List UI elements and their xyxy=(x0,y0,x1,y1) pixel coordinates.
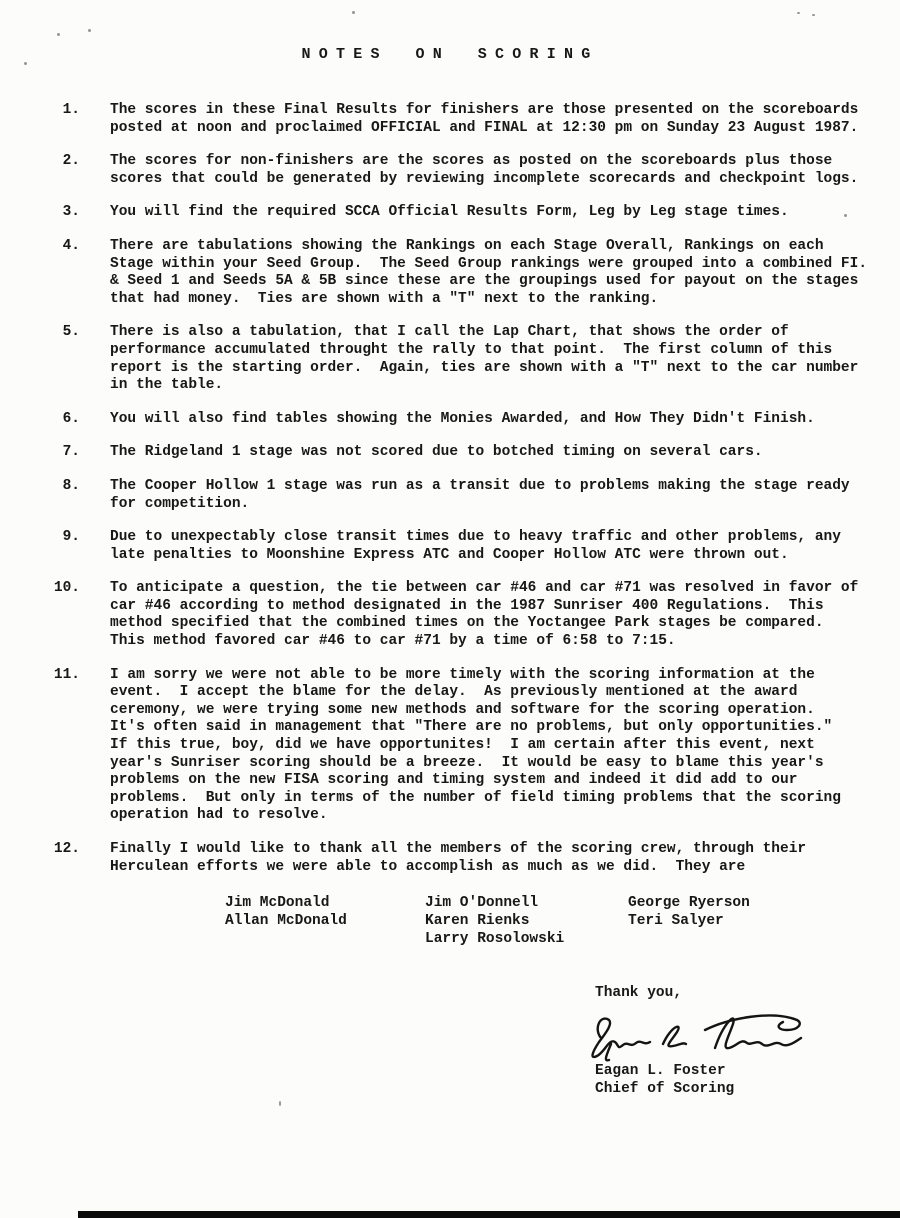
note-item-12: 12. Finally I would like to thank all th… xyxy=(0,841,900,876)
note-number: 6. xyxy=(0,411,80,429)
note-text: There are tabulations showing the Rankin… xyxy=(110,238,867,308)
scan-speck xyxy=(88,29,91,32)
scoring-crew-names: Jim McDonald Allan McDonald Jim O'Donnel… xyxy=(0,894,900,958)
note-number: 8. xyxy=(0,478,80,513)
note-number: 7. xyxy=(0,444,80,462)
crew-name: Allan McDonald xyxy=(225,912,347,930)
note-text: Due to unexpectably close transit times … xyxy=(110,529,841,564)
note-number: 3. xyxy=(0,204,80,222)
note-number: 5. xyxy=(0,324,80,394)
crew-name: Teri Salyer xyxy=(628,912,750,930)
document-title: NOTES ON SCORING xyxy=(0,0,900,63)
note-number: 11. xyxy=(0,667,80,825)
note-item-10: 10. To anticipate a question, the tie be… xyxy=(0,580,900,650)
note-number: 10. xyxy=(0,580,80,650)
document-page: NOTES ON SCORING 1. The scores in these … xyxy=(0,0,900,1218)
crew-column-3: George Ryerson Teri Salyer xyxy=(628,894,750,930)
note-number: 4. xyxy=(0,238,80,308)
scan-speck xyxy=(279,1101,281,1106)
scan-speck xyxy=(24,62,27,65)
scan-speck xyxy=(844,214,847,217)
handwritten-signature-icon xyxy=(587,1004,817,1062)
scan-edge-bar xyxy=(78,1211,900,1218)
note-text: I am sorry we were not able to be more t… xyxy=(110,667,841,825)
note-item-6: 6. You will also find tables showing the… xyxy=(0,411,900,429)
note-text: The Cooper Hollow 1 stage was run as a t… xyxy=(110,478,850,513)
crew-name: Jim McDonald xyxy=(225,894,347,912)
scan-speck xyxy=(797,12,800,14)
crew-name: Larry Rosolowski xyxy=(425,930,564,948)
note-number: 9. xyxy=(0,529,80,564)
notes-list: 1. The scores in these Final Results for… xyxy=(0,102,900,876)
scan-speck xyxy=(812,14,815,16)
scan-speck xyxy=(57,33,60,36)
signer-title: Chief of Scoring xyxy=(595,1080,900,1098)
note-text: You will find the required SCCA Official… xyxy=(110,204,789,222)
closing-block: Thank you, Eagan L. Foster Chief of Scor… xyxy=(595,984,900,1098)
note-text: You will also find tables showing the Mo… xyxy=(110,411,815,429)
note-text: The Ridgeland 1 stage was not scored due… xyxy=(110,444,763,462)
thank-you-text: Thank you, xyxy=(595,984,900,1002)
crew-name: George Ryerson xyxy=(628,894,750,912)
note-item-8: 8. The Cooper Hollow 1 stage was run as … xyxy=(0,478,900,513)
note-item-2: 2. The scores for non-finishers are the … xyxy=(0,153,900,188)
crew-column-2: Jim O'Donnell Karen Rienks Larry Rosolow… xyxy=(425,894,564,948)
note-item-3: 3. You will find the required SCCA Offic… xyxy=(0,204,900,222)
note-item-9: 9. Due to unexpectably close transit tim… xyxy=(0,529,900,564)
note-item-4: 4. There are tabulations showing the Ran… xyxy=(0,238,900,308)
note-number: 1. xyxy=(0,102,80,137)
note-item-5: 5. There is also a tabulation, that I ca… xyxy=(0,324,900,394)
note-text: The scores in these Final Results for fi… xyxy=(110,102,858,137)
note-item-7: 7. The Ridgeland 1 stage was not scored … xyxy=(0,444,900,462)
note-text: The scores for non-finishers are the sco… xyxy=(110,153,858,188)
note-text: Finally I would like to thank all the me… xyxy=(110,841,806,876)
crew-column-1: Jim McDonald Allan McDonald xyxy=(225,894,347,930)
crew-name: Karen Rienks xyxy=(425,912,564,930)
note-item-1: 1. The scores in these Final Results for… xyxy=(0,102,900,137)
note-text: To anticipate a question, the tie betwee… xyxy=(110,580,858,650)
note-number: 12. xyxy=(0,841,80,876)
signer-name: Eagan L. Foster xyxy=(595,1062,900,1080)
note-text: There is also a tabulation, that I call … xyxy=(110,324,858,394)
crew-name: Jim O'Donnell xyxy=(425,894,564,912)
note-number: 2. xyxy=(0,153,80,188)
note-item-11: 11. I am sorry we were not able to be mo… xyxy=(0,667,900,825)
scan-speck xyxy=(352,11,355,14)
